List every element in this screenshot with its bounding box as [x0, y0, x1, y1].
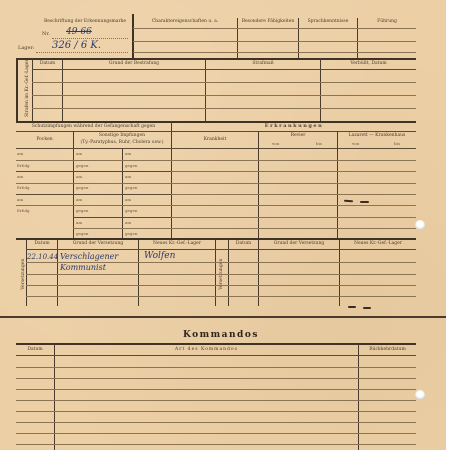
illnesses-title: Erkrankungen	[172, 124, 416, 129]
row-rule	[16, 148, 416, 149]
other-row: gegen	[76, 164, 88, 168]
lazarett-from: von	[352, 142, 359, 146]
col-divider	[258, 131, 259, 238]
row-rule	[171, 228, 416, 229]
transfer-camp: Wolfen	[144, 252, 175, 261]
row-rule	[171, 217, 416, 218]
punch-hole	[415, 390, 425, 400]
row-rule	[26, 274, 416, 275]
vacc-col-other-sub: (Ty.-Paratyphus, Ruhr, Cholera usw.)	[73, 141, 171, 146]
kommando-col-return: Rückkehrdatum	[359, 348, 416, 353]
vaccinations-title: Schutzimpfungen während der Gefangenscha…	[16, 125, 171, 130]
pocken-row: Erfolg	[17, 186, 30, 190]
header-col-character: Charaktereigenschaften u. a.	[133, 20, 237, 25]
pocken-row: am	[17, 152, 23, 156]
revier-to: bis	[316, 142, 322, 146]
row-rule	[16, 367, 416, 368]
row-rule	[26, 296, 416, 297]
row-rule	[16, 355, 416, 356]
row-rule	[16, 444, 416, 445]
transfer-reason-line1: Verschlagener	[60, 253, 118, 261]
transfer-col-camp-2: Neues Kr.-Gef.-Lager	[340, 242, 416, 247]
section-rule	[16, 238, 416, 240]
other-row: gegen	[76, 186, 88, 190]
pocken-row: am	[17, 198, 23, 202]
pocken-row: Erfolg	[17, 164, 30, 168]
nr-value: 49 66	[66, 28, 92, 37]
row-rule	[16, 183, 171, 184]
transfer-col-date-2: Datum	[229, 242, 258, 247]
row-rule	[16, 131, 171, 132]
header-rule	[133, 28, 416, 29]
transfer-col-date: Datum	[27, 242, 57, 247]
other-row: am	[76, 152, 82, 156]
other-row: gegen	[125, 232, 137, 236]
illness-col-lazarett: Lazarett — Krankenhaus	[338, 134, 416, 139]
other-row: am	[125, 198, 131, 202]
header-rule	[133, 52, 416, 53]
nr-underline	[52, 38, 128, 39]
nr-label: Nr.	[42, 32, 50, 37]
fold-line	[0, 316, 446, 318]
other-row: am	[76, 198, 82, 202]
punch-hole	[415, 220, 425, 230]
header-rule	[133, 41, 416, 42]
pocken-row: Erfolg	[17, 209, 30, 213]
transfer-col-camp: Neues Kr.-Gef.-Lager	[139, 242, 215, 247]
illness-col-revier: Revier	[259, 134, 337, 139]
lazarett-to: bis	[394, 142, 400, 146]
staple-mark	[363, 307, 371, 309]
row-rule	[26, 249, 416, 250]
revier-from: von	[272, 142, 279, 146]
row-rule	[16, 194, 171, 195]
header-col-conduct: Führung	[358, 20, 416, 25]
row-rule	[32, 95, 416, 96]
transfer-date: 22.10.44	[27, 254, 58, 261]
other-row: am	[125, 175, 131, 179]
row-rule	[32, 82, 416, 83]
staple-mark	[360, 201, 369, 203]
row-rule	[171, 131, 416, 132]
illness-col-illness: Krankheit	[172, 138, 258, 143]
col-divider	[32, 58, 33, 122]
transfer-col-reason-2: Grund der Versetzung	[259, 242, 339, 247]
other-row: am	[76, 221, 82, 225]
lager-value: 326 / 6 K.	[52, 41, 101, 51]
lager-label: Lager:	[18, 46, 35, 51]
other-row: am	[125, 152, 131, 156]
transfer-col-reason: Grund der Versetzung	[58, 242, 138, 247]
section-border	[16, 58, 18, 122]
other-row: am	[76, 175, 82, 179]
id-tag-label: Beschriftung der Erkennungsmarke	[30, 20, 140, 25]
other-row: gegen	[125, 186, 137, 190]
other-row: gegen	[125, 164, 137, 168]
row-rule	[171, 160, 416, 161]
punish-col-date: Datum	[33, 62, 62, 67]
col-divider	[122, 148, 123, 238]
section-rule	[16, 343, 416, 345]
other-row: gegen	[125, 209, 137, 213]
other-row: gegen	[76, 209, 88, 213]
row-rule	[73, 228, 171, 229]
punish-col-served: Verbüßt, Datum	[321, 62, 416, 67]
section-rule	[16, 121, 416, 123]
punish-col-reason: Grund der Bestrafung	[63, 62, 205, 67]
other-row: am	[125, 221, 131, 225]
transfer-reason-line2: Kommunist	[60, 264, 106, 272]
col-divider	[320, 58, 321, 122]
staple-mark	[348, 306, 356, 308]
lager-underline	[36, 52, 128, 53]
pocken-row: am	[17, 175, 23, 179]
row-rule	[16, 171, 171, 172]
kommando-col-date: Datum	[16, 348, 54, 353]
row-rule	[16, 433, 416, 434]
header-col-languages: Sprachkenntnisse	[299, 20, 357, 25]
other-row: gegen	[76, 232, 88, 236]
row-rule	[16, 205, 171, 206]
row-rule	[171, 183, 416, 184]
row-rule	[32, 69, 416, 70]
row-rule	[16, 400, 416, 401]
punish-col-measure: Strafmaß	[206, 62, 320, 67]
col-divider	[62, 58, 63, 122]
col-divider	[205, 58, 206, 122]
kommandos-title: Kommandos	[183, 330, 259, 340]
row-rule	[16, 422, 416, 423]
prisoner-record-card: Beschriftung der Erkennungsmarke Nr. 49 …	[0, 0, 446, 450]
row-rule	[32, 108, 416, 109]
kommando-col-type: Art des Kommandos	[55, 348, 358, 353]
row-rule	[16, 378, 416, 379]
row-rule	[16, 389, 416, 390]
row-rule	[171, 205, 416, 206]
row-rule	[16, 411, 416, 412]
header-col-abilities: Besondere Fähigkeiten	[238, 20, 298, 25]
col-divider	[337, 131, 338, 238]
punishments-side-label: Strafen im Kr.-Gef.-Lager	[26, 58, 31, 118]
section-rule	[16, 58, 416, 60]
vacc-col-pocken: Pocken	[16, 138, 73, 143]
row-rule	[73, 217, 171, 218]
row-rule	[26, 285, 416, 286]
row-rule	[171, 194, 416, 195]
row-rule	[171, 171, 416, 172]
row-rule	[16, 160, 171, 161]
staple-mark	[344, 200, 353, 203]
vacc-col-other: Sonstige Impfungen	[73, 134, 171, 139]
